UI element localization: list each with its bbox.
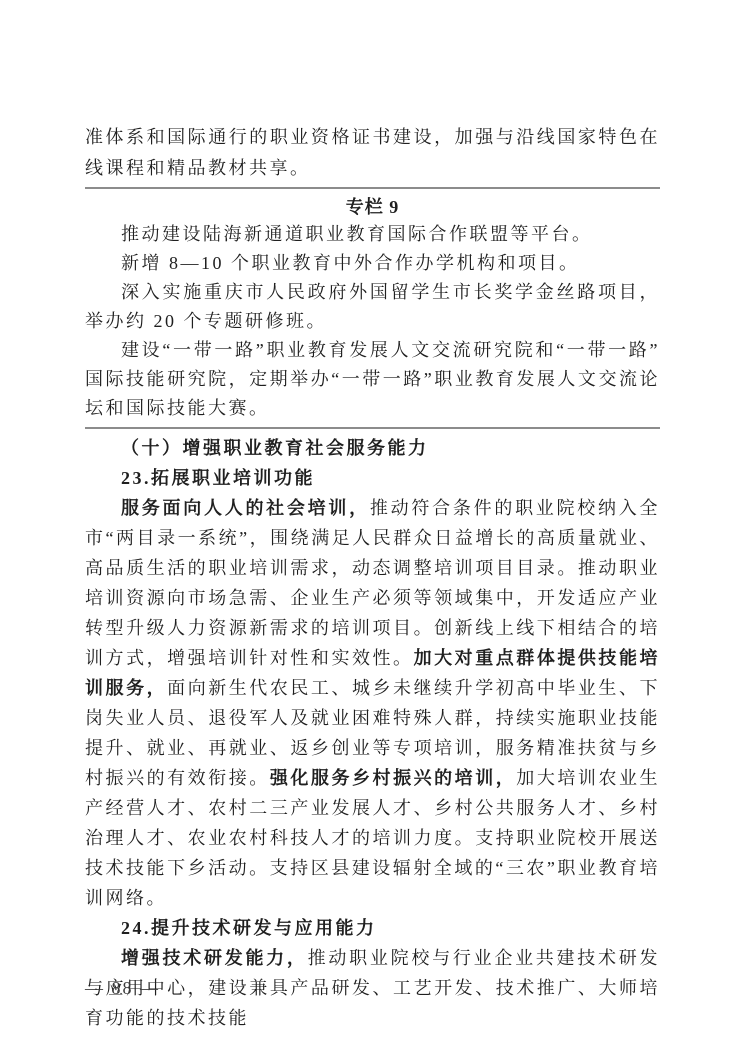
column-box-item: 深入实施重庆市人民政府外国留学生市长奖学金丝路项目，举办约 20 个专题研修班。 [85, 278, 660, 336]
text-segment: 服务面向人人的社会培训， [121, 498, 370, 518]
intro-paragraph: 准体系和国际通行的职业资格证书建设，加强与沿线国家特色在线课程和精品教材共享。 [85, 122, 660, 184]
subsection-24-paragraph: 增强技术研发能力，推动职业院校与行业企业共建技术研发与应用中心，建设兼具产品研发… [85, 943, 660, 1033]
text-segment: 增强技术研发能力， [121, 948, 308, 968]
column-box-title: 专栏 9 [85, 194, 660, 220]
text-segment: 加大培训农业生产经营人才、农村二三产业发展人才、乡村公共服务人才、乡村治理人才、… [85, 768, 660, 908]
column-box-item: 推动建设陆海新通道职业教育国际合作联盟等平台。 [85, 220, 660, 249]
text-segment: 强化服务乡村振兴的培训， [270, 768, 516, 788]
subsection-24-heading: 24.提升技术研发与应用能力 [85, 913, 660, 943]
column-box-item: 建设“一带一路”职业教育发展人文交流研究院和“一带一路”国际技能研究院，定期举办… [85, 336, 660, 423]
column-box-9: 专栏 9 推动建设陆海新通道职业教育国际合作联盟等平台。 新增 8—10 个职业… [85, 187, 660, 429]
page-number-footer: — 88 — [85, 978, 160, 998]
section-heading-10: （十）增强职业教育社会服务能力 [85, 433, 660, 463]
text-segment: 推动符合条件的职业院校纳入全市“两目录一系统”，围绕满足人民群众日益增长的高质量… [85, 498, 660, 668]
subsection-23-heading: 23.拓展职业培训功能 [85, 463, 660, 493]
subsection-23-paragraph: 服务面向人人的社会培训，推动符合条件的职业院校纳入全市“两目录一系统”，围绕满足… [85, 493, 660, 913]
column-box-item: 新增 8—10 个职业教育中外合作办学机构和项目。 [85, 249, 660, 278]
document-page: 准体系和国际通行的职业资格证书建设，加强与沿线国家特色在线课程和精品教材共享。 … [0, 0, 745, 1056]
